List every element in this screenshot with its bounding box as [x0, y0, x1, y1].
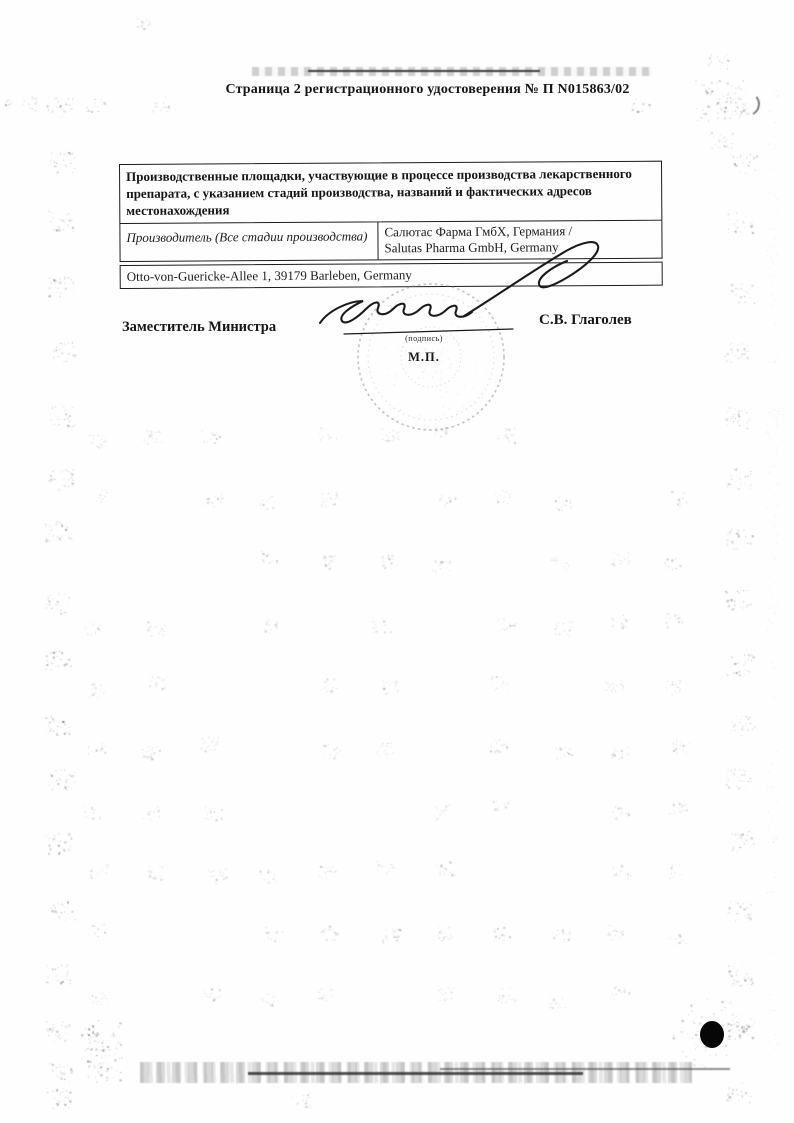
signer-title: Заместитель Министра [122, 319, 276, 336]
hole-punch-mark [700, 1021, 724, 1048]
stamp-place-abbr: М.П. [402, 350, 446, 365]
production-sites-table: Производственные площадки, участвующие в… [119, 161, 663, 289]
producer-label-cell: Производитель (Все стадии производства) [120, 222, 378, 261]
producer-address-cell: Otto-von-Guericke-Allee 1, 39179 Barlebe… [120, 262, 663, 289]
scanned-document-page: Страница 2 регистрационного удостоверени… [0, 0, 794, 1123]
signature-caption: (подпись) [394, 334, 454, 343]
page-title: Страница 2 регистрационного удостоверени… [120, 82, 735, 98]
scan-smudge-top [252, 67, 652, 76]
producer-row: Производитель (Все стадии производства) … [119, 221, 662, 262]
producer-value-line1: Салютас Фарма ГмбХ, Германия / [384, 223, 655, 241]
table-header-cell: Производственные площадки, участвующие в… [119, 161, 662, 224]
signer-name: С.В. Глаголев [539, 312, 632, 329]
producer-value-cell: Салютас Фарма ГмбХ, Германия / Salutas P… [378, 221, 661, 260]
scan-smudge-bottom [140, 1062, 692, 1083]
producer-value-line2: Salutas Pharma GmbH, Germany [384, 239, 655, 257]
